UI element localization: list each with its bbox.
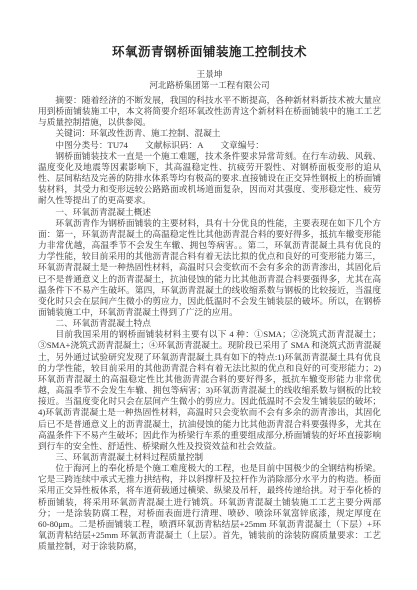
section-heading-1: 一、环氧沥青混凝土概述: [38, 207, 381, 218]
section-heading-2: 二、环氧沥青混凝土特点: [38, 318, 381, 329]
article-body: 摘要：随着经济的不断发展，我国的科技水平不断提高，各种新材料新技术被大量应用到桥…: [38, 95, 381, 552]
paper-title: 环氧沥青钢桥面铺装施工控制技术: [38, 42, 381, 60]
intro-paragraph: 钢桥面铺装技术一直是一个施工难题，技术条件要求异常苛刻。在行车动载、风载、温度变…: [38, 151, 381, 207]
section-1-paragraph: 环氧沥青作为钢桥面铺装的主要材料，具有十分优良的性能，主要表现在如下几个方面：第…: [38, 218, 381, 318]
abstract-paragraph: 摘要：随着经济的不断发展，我国的科技水平不断提高，各种新材料新技术被大量应用到桥…: [38, 95, 381, 128]
page-content: 环氧沥青钢桥面铺装施工控制技术 王景坤 河北路桥集团第一工程有限公司 摘要：随着…: [0, 0, 417, 552]
section-2-paragraph: 目前我国采用的钢桥面铺装材料主要有以下 4 种：①SMA；②浇筑式沥青混凝土；③…: [38, 329, 381, 452]
section-heading-3: 三、环氧沥青混凝土材料过程质量控制: [38, 452, 381, 463]
section-3-paragraph: 位于海河上的奉化桥是个施工难度极大的工程，也是目前中国极少的全钢结构桥梁。它是三…: [38, 463, 381, 552]
author-affiliation: 河北路桥集团第一工程有限公司: [38, 80, 381, 91]
paper-page: 环氧沥青钢桥面铺装施工控制技术 王景坤 河北路桥集团第一工程有限公司 摘要：随着…: [0, 0, 417, 590]
keywords-line: 关键词：环氧改性沥青、施工控制、混凝土: [38, 128, 381, 139]
classification-line: 中图分类号：TU74 文献标识码：A 文章编号：: [38, 140, 381, 151]
author-name: 王景坤: [38, 69, 381, 80]
